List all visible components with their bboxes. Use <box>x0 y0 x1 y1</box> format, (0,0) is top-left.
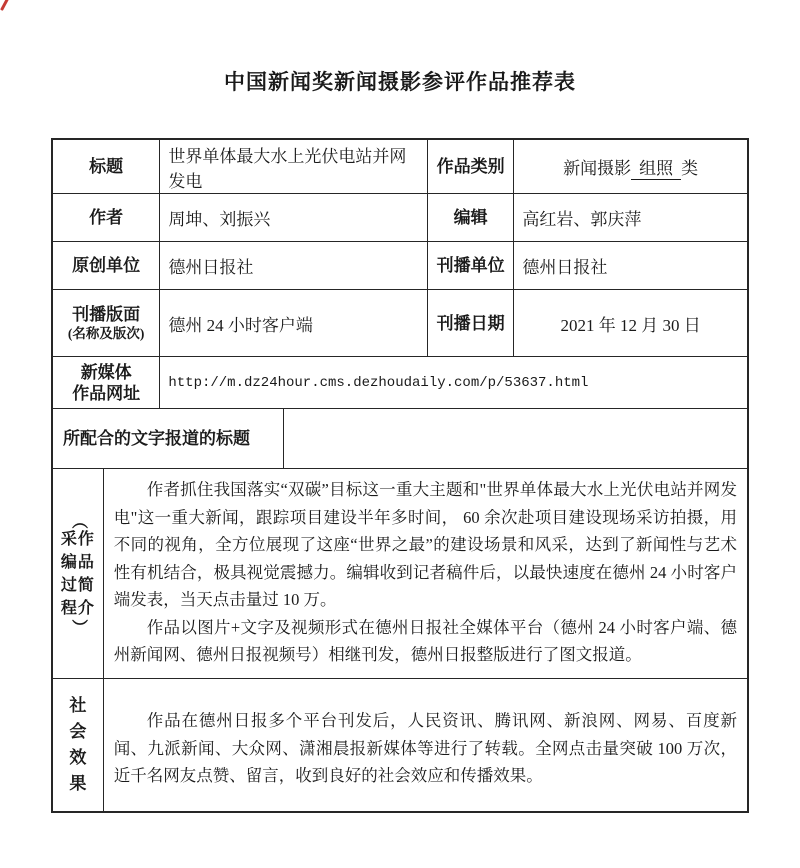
corner-artifact-mark <box>0 0 9 11</box>
social-label-char-4: 果 <box>69 771 86 797</box>
original-unit-value-cell: 德州日报社 <box>160 242 427 289</box>
page-title: 中国新闻奖新闻摄影参评作品推荐表 <box>0 66 800 96</box>
category-prefix: 新闻摄影 <box>563 154 631 179</box>
social-label-char-3: 效 <box>69 745 86 771</box>
process-label-paren-open: （ <box>72 512 84 528</box>
process-label-line-2: 编品 <box>61 552 95 573</box>
author-value-cell: 周坤、刘振兴 <box>160 194 427 241</box>
editor-label: 编辑 <box>454 207 488 228</box>
text-report-label: 所配合的文字报道的标题 <box>63 428 250 449</box>
publish-date-label-cell: 刊播日期 <box>428 290 514 356</box>
table-row-social: 社 会 效 果 作品在德州日报多个平台刊发后，人民资讯、腾讯网、新浪网、网易、百… <box>53 679 747 811</box>
table-row-page-date: 刊播版面 (名称及版次) 德州 24 小时客户端 刊播日期 2021 年 12 … <box>53 290 747 357</box>
publish-page-value: 德州 24 小时客户端 <box>168 311 313 336</box>
category-underlined-value: 组照 <box>631 154 681 180</box>
title-value: 世界单体最大水上光伏电站并网发电 <box>168 142 419 192</box>
process-paragraph-1: 作者抓住我国落实“双碳”目标这一重大主题和"世界单体最大水上光伏电站并网发电"这… <box>114 476 737 614</box>
category-suffix: 类 <box>681 154 698 179</box>
process-label-paren-close: ） <box>72 618 84 634</box>
publish-unit-value: 德州日报社 <box>522 253 607 278</box>
category-value-cell: 新闻摄影组照类 <box>514 140 747 193</box>
publish-date-value-cell: 2021 年 12 月 30 日 <box>514 290 747 356</box>
original-unit-label-cell: 原创单位 <box>53 242 160 289</box>
process-label-line-4: 程介 <box>61 598 95 619</box>
title-label: 标题 <box>89 156 123 177</box>
publish-unit-label-cell: 刊播单位 <box>428 242 514 289</box>
url-value: http://m.dz24hour.cms.dezhoudaily.com/p/… <box>168 375 588 391</box>
category-label: 作品类别 <box>437 156 505 177</box>
url-label-cell: 新媒体 作品网址 <box>53 357 160 408</box>
original-unit-value: 德州日报社 <box>168 253 253 278</box>
social-label-char-2: 会 <box>69 719 86 745</box>
title-label-cell: 标题 <box>53 140 160 193</box>
social-text-cell: 作品在德州日报多个平台刊发后，人民资讯、腾讯网、新浪网、网易、百度新闻、九派新闻… <box>104 679 747 811</box>
editor-label-cell: 编辑 <box>428 194 514 241</box>
publish-page-label-cell: 刊播版面 (名称及版次) <box>53 290 160 356</box>
author-label: 作者 <box>89 207 123 228</box>
table-row-title: 标题 世界单体最大水上光伏电站并网发电 作品类别 新闻摄影组照类 <box>53 140 747 194</box>
process-label-cell: （ 采作 编品 过简 程介 ） <box>53 469 104 678</box>
original-unit-label: 原创单位 <box>72 255 140 276</box>
table-row-text-report: 所配合的文字报道的标题 <box>53 409 747 469</box>
table-row-author: 作者 周坤、刘振兴 编辑 高红岩、郭庆萍 <box>53 194 747 242</box>
publish-date-label: 刊播日期 <box>437 313 505 334</box>
author-value: 周坤、刘振兴 <box>168 205 270 230</box>
recommendation-form-table: 标题 世界单体最大水上光伏电站并网发电 作品类别 新闻摄影组照类 作者 周坤、刘… <box>51 138 749 813</box>
table-row-units: 原创单位 德州日报社 刊播单位 德州日报社 <box>53 242 747 290</box>
url-label-line2: 作品网址 <box>72 383 140 404</box>
author-label-cell: 作者 <box>53 194 160 241</box>
text-report-label-cell: 所配合的文字报道的标题 <box>53 409 284 468</box>
url-value-cell: http://m.dz24hour.cms.dezhoudaily.com/p/… <box>160 357 747 408</box>
process-label-line-1: 采作 <box>61 529 95 550</box>
editor-value-cell: 高红岩、郭庆萍 <box>514 194 747 241</box>
table-row-url: 新媒体 作品网址 http://m.dz24hour.cms.dezhoudai… <box>53 357 747 409</box>
title-value-cell: 世界单体最大水上光伏电站并网发电 <box>160 140 428 193</box>
social-label-cell: 社 会 效 果 <box>53 679 104 811</box>
publish-page-label-line1: 刊播版面 <box>72 304 140 325</box>
process-text-cell: 作者抓住我国落实“双碳”目标这一重大主题和"世界单体最大水上光伏电站并网发电"这… <box>104 469 747 678</box>
text-report-value-cell <box>284 409 747 468</box>
publish-date-value: 2021 年 12 月 30 日 <box>561 311 701 336</box>
publish-page-value-cell: 德州 24 小时客户端 <box>160 290 428 356</box>
publish-unit-value-cell: 德州日报社 <box>514 242 747 289</box>
table-row-process: （ 采作 编品 过简 程介 ） 作者抓住我国落实“双碳”目标这一重大主题和"世界… <box>53 469 747 679</box>
editor-value: 高红岩、郭庆萍 <box>522 205 641 230</box>
social-label-char-1: 社 <box>69 693 86 719</box>
process-paragraph-2: 作品以图片+文字及视频形式在德州日报社全媒体平台（德州 24 小时客户端、德州新… <box>114 614 737 669</box>
url-label-line1: 新媒体 <box>81 362 132 383</box>
document-page: 中国新闻奖新闻摄影参评作品推荐表 标题 世界单体最大水上光伏电站并网发电 作品类… <box>0 0 800 868</box>
category-label-cell: 作品类别 <box>428 140 514 193</box>
publish-page-label-line2: (名称及版次) <box>68 325 145 342</box>
process-label-line-3: 过简 <box>61 575 95 596</box>
social-paragraph: 作品在德州日报多个平台刊发后，人民资讯、腾讯网、新浪网、网易、百度新闻、九派新闻… <box>114 707 737 790</box>
publish-unit-label: 刊播单位 <box>437 255 505 276</box>
